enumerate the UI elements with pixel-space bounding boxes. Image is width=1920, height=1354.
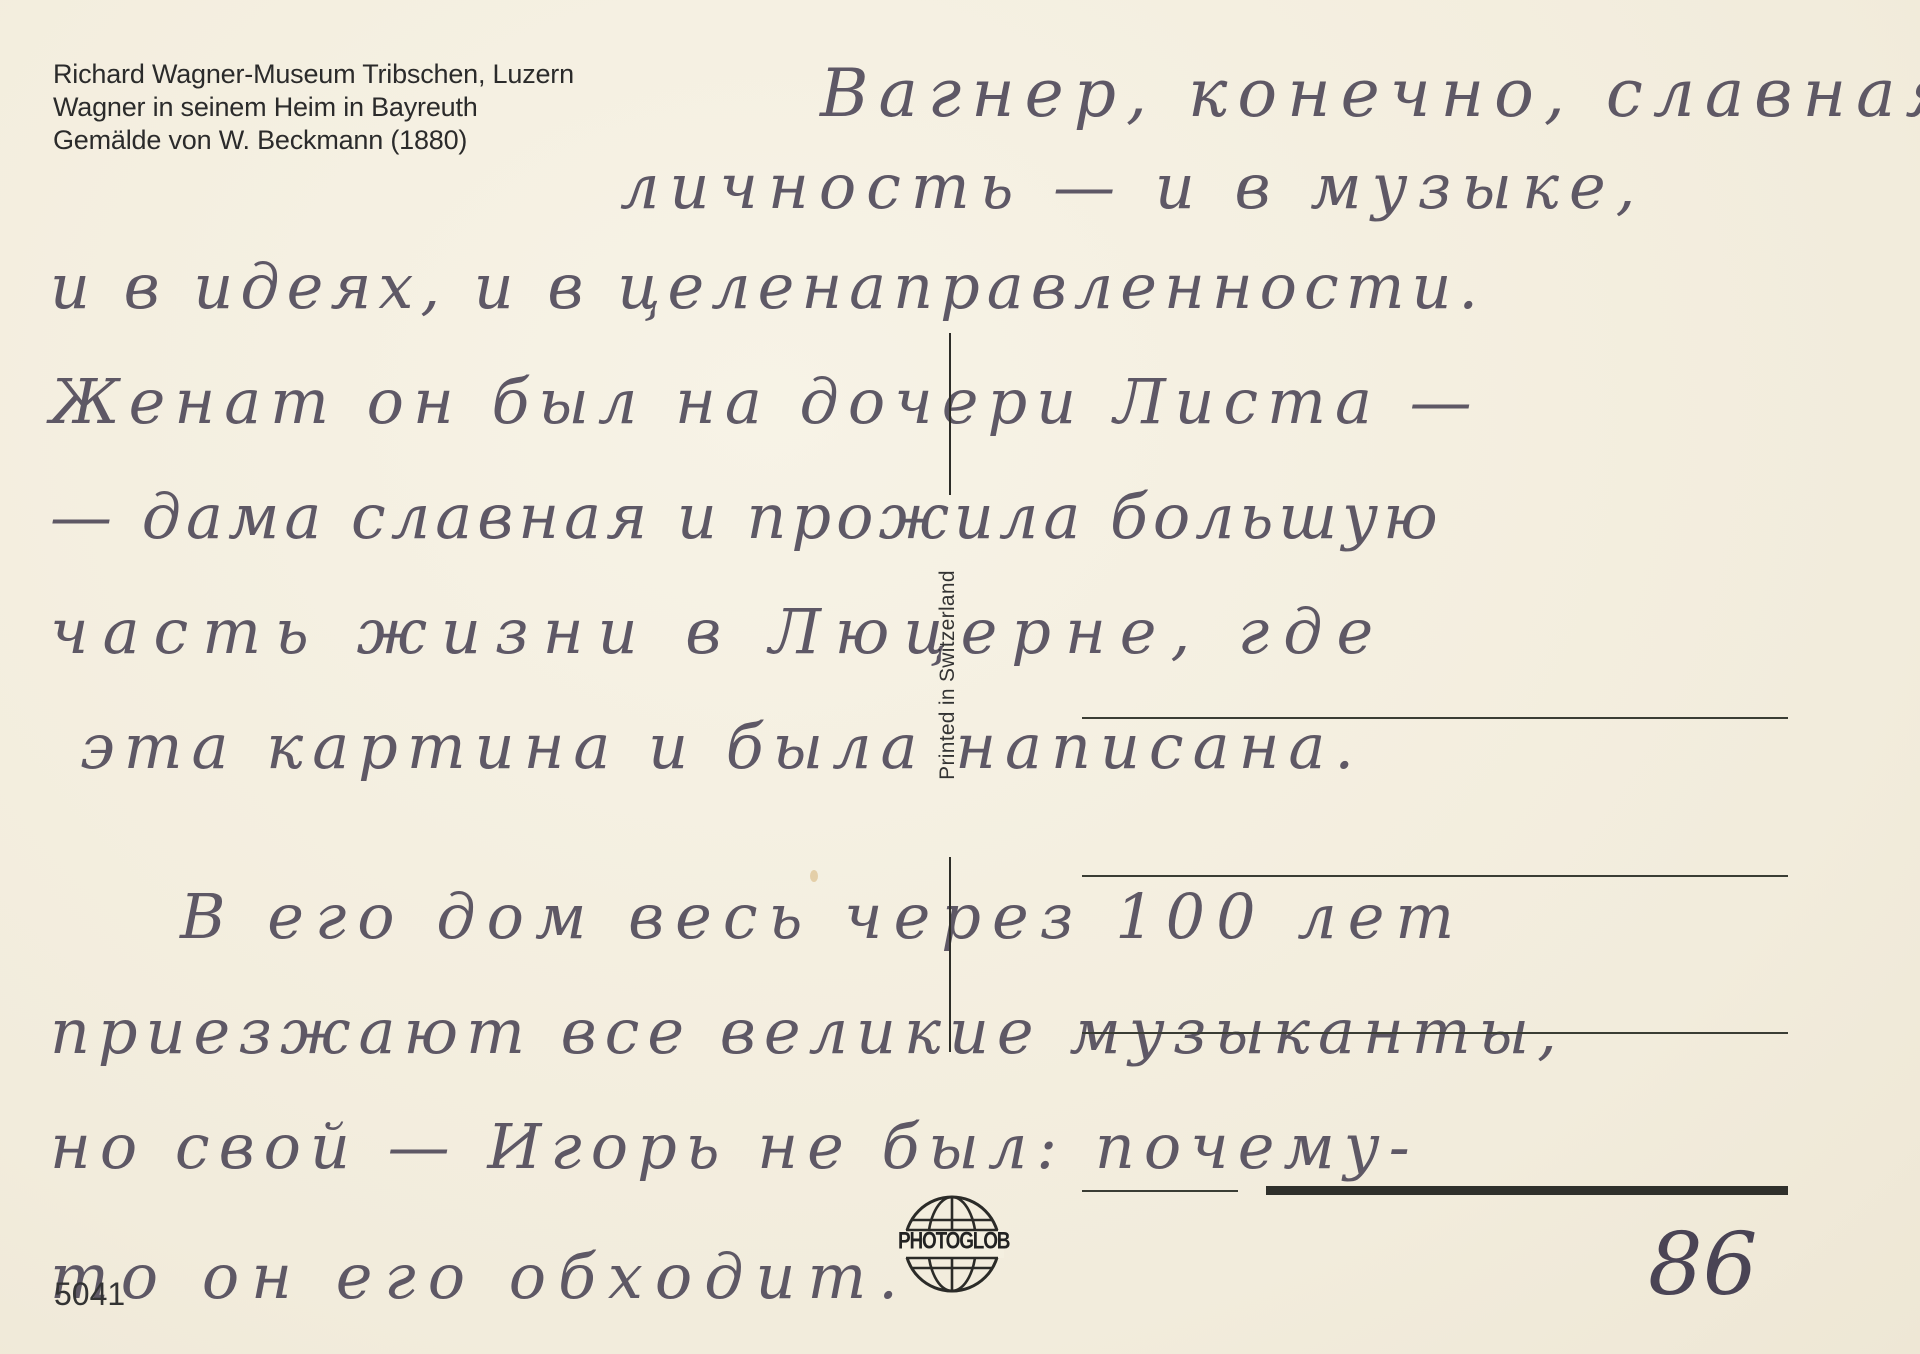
handwritten-line-4: Женат он был на дочери Листа — bbox=[50, 365, 1481, 438]
caption-painter: Gemälde von W. Beckmann (1880) bbox=[53, 124, 574, 157]
postcode-bar bbox=[1266, 1186, 1788, 1195]
handwritten-page-number: 86 bbox=[1648, 1215, 1757, 1315]
handwritten-line-7: эта картина и была написана. bbox=[80, 710, 1363, 783]
postcard-caption: Richard Wagner-Museum Tribschen, Luzern … bbox=[53, 58, 574, 157]
handwritten-line-3: и в идеях, и в целенаправленности. bbox=[50, 250, 1485, 323]
serial-number: 5041 bbox=[54, 1276, 125, 1313]
printed-in-label: Printed in Switzerland bbox=[936, 570, 960, 780]
handwritten-line-1: Вагнер, конечно, славная bbox=[820, 55, 1920, 132]
handwritten-line-10: но свой — Игорь не был: почему- bbox=[50, 1110, 1419, 1183]
handwritten-line-5: — дама славная и прожила большую bbox=[50, 480, 1443, 553]
paper-stain bbox=[810, 870, 818, 882]
caption-museum: Richard Wagner-Museum Tribschen, Luzern bbox=[53, 58, 574, 91]
handwritten-line-2: личность — и в музыке, bbox=[620, 150, 1645, 223]
address-line-2 bbox=[1082, 875, 1788, 877]
handwritten-line-11: то он его обходит. bbox=[50, 1240, 910, 1313]
handwritten-line-6: часть жизни в Люцерне, где bbox=[50, 595, 1387, 668]
address-line-4-short bbox=[1082, 1190, 1238, 1192]
address-line-1 bbox=[1082, 717, 1788, 719]
address-line-3 bbox=[1082, 1032, 1788, 1034]
caption-title: Wagner in seinem Heim in Bayreuth bbox=[53, 91, 574, 124]
center-divider-bottom bbox=[949, 857, 951, 1052]
center-divider-top bbox=[949, 333, 951, 495]
publisher-logo-text: PHOTOGLOB bbox=[898, 1228, 1006, 1256]
handwritten-line-8: В его дом весь через 100 лет bbox=[180, 880, 1465, 953]
